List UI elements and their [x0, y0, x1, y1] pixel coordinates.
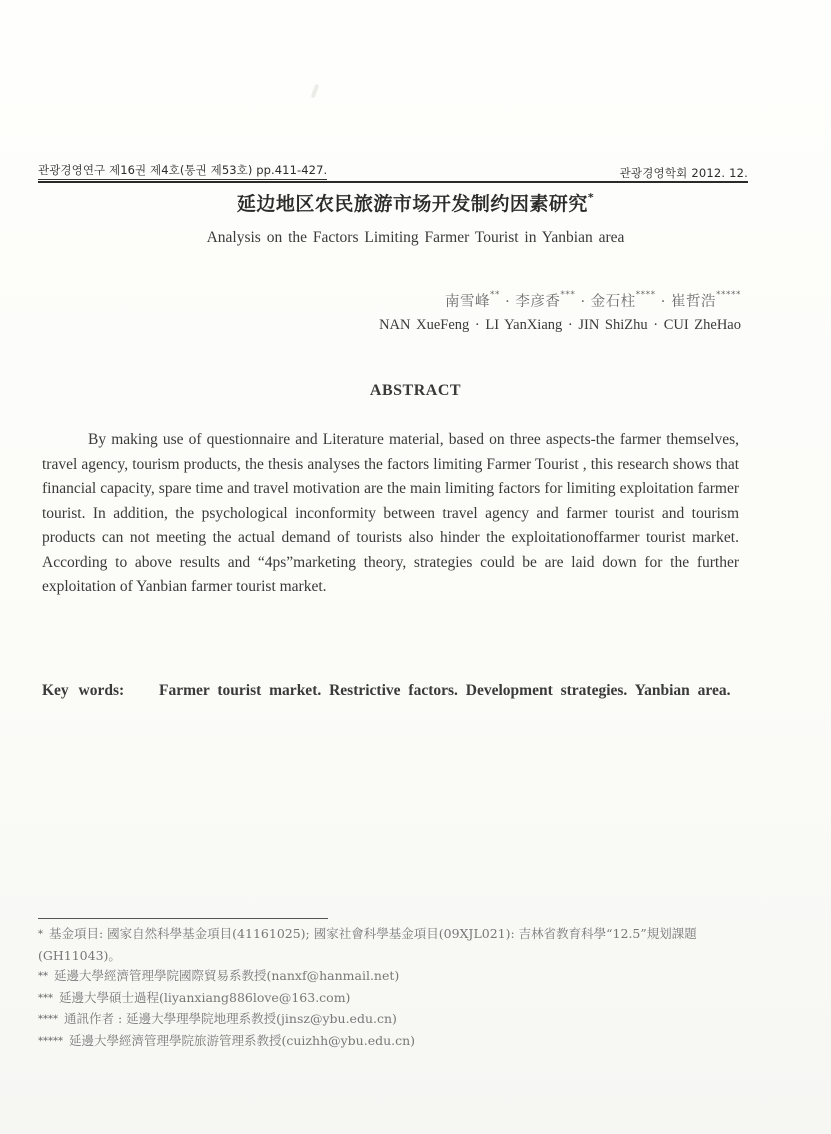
keywords-label: Key words:	[42, 680, 124, 702]
abstract-heading: ABSTRACT	[0, 382, 831, 400]
footnote-author-3: ****通訊作者 : 延邊大學理學院地理系教授(jinsz@ybu.edu.cn…	[38, 1009, 758, 1031]
title-english: Analysis on the Factors Limiting Farmer …	[0, 229, 831, 247]
author-mark: *****	[716, 290, 741, 300]
author-mark: **	[490, 290, 500, 300]
authors-chinese: 南雪峰** · 李彦香*** · 金石柱**** · 崔哲浩*****	[445, 290, 741, 311]
footnote-text: 通訊作者 : 延邊大學理學院地理系教授(jinsz@ybu.edu.cn)	[64, 1011, 397, 1026]
author-separator: ·	[575, 294, 590, 310]
footnote-mark: *****	[38, 1036, 63, 1047]
author-name: 崔哲浩	[671, 294, 716, 310]
title-chinese-text: 延边地区农民旅游市场开发制约因素研究	[237, 193, 588, 215]
footnote-rule	[38, 918, 328, 919]
header-rule	[38, 181, 748, 183]
footnote-author-2: ***延邊大學碩士過程(liyanxiang886love@163.com)	[38, 988, 758, 1010]
footnote-funding: *基金項目: 國家自然科學基金項目(41161025); 國家社會科學基金項目(…	[38, 924, 758, 966]
title-chinese: 延边地区农民旅游市场开发制约因素研究*	[0, 189, 831, 216]
abstract-body: By making use of questionnaire and Liter…	[42, 428, 739, 600]
author-name: 南雪峰	[445, 294, 490, 310]
title-footnote-mark: *	[588, 191, 594, 204]
footnote-author-1: **延邊大學經濟管理學院國際貿易系教授(nanxf@hanmail.net)	[38, 966, 758, 988]
footnote-author-4: *****延邊大學經濟管理學院旅游管理系教授(cuizhh@ybu.edu.cn…	[38, 1031, 758, 1053]
footnote-mark: *	[38, 929, 43, 940]
authors-english: NAN XueFeng · LI YanXiang · JIN ShiZhu ·…	[379, 317, 741, 334]
society-date: 관광경영학회 2012. 12.	[620, 165, 748, 181]
footnote-text: 延邊大學經濟管理學院旅游管理系教授(cuizhh@ybu.edu.cn)	[69, 1033, 415, 1048]
running-header: 관광경영연구 제16권 제4호(통권 제53호) pp.411-427. 관광경…	[38, 160, 748, 182]
footnotes: *基金項目: 國家自然科學基金項目(41161025); 國家社會科學基金項目(…	[38, 924, 758, 1052]
footnote-mark: ***	[38, 993, 53, 1004]
footnote-text: 基金項目: 國家自然科學基金項目(41161025); 國家社會科學基金項目(0…	[38, 926, 697, 963]
footnote-mark: ****	[38, 1014, 58, 1025]
author-separator: ·	[656, 294, 671, 310]
footnote-text: 延邊大學經濟管理學院國際貿易系教授(nanxf@hanmail.net)	[54, 968, 399, 983]
author-mark: ***	[560, 290, 575, 300]
author-mark: ****	[636, 290, 656, 300]
footnote-mark: **	[38, 971, 48, 982]
author-name: 李彦香	[515, 294, 560, 310]
keywords-block: Key words: Farmer tourist market. Restri…	[42, 680, 742, 702]
journal-citation: 관광경영연구 제16권 제4호(통권 제53호) pp.411-427.	[38, 162, 327, 180]
keywords-terms: Farmer tourist market. Restrictive facto…	[159, 680, 742, 702]
footnote-text: 延邊大學碩士過程(liyanxiang886love@163.com)	[59, 990, 350, 1005]
author-name: 金石柱	[591, 294, 636, 310]
author-separator: ·	[500, 294, 515, 310]
